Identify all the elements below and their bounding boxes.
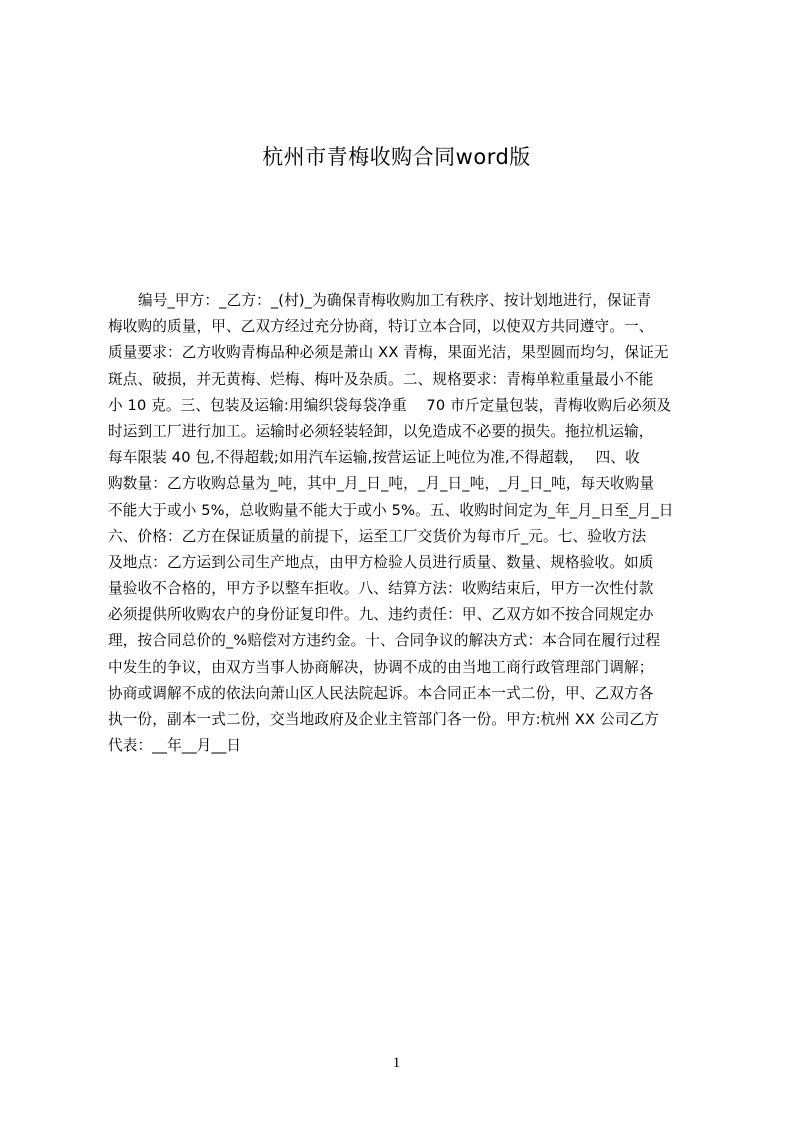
body-line: 质量要求：乙方收购青梅品种必须是萧山 XX 青梅，果面光洁，果型圆而均匀，保证无 <box>108 340 698 366</box>
body-line: 中发生的争议，由双方当事人协商解决，协调不成的由当地工商行政管理部门调解； <box>108 655 698 681</box>
body-line: 梅收购的质量，甲、乙双方经过充分协商，特订立本合同，以使双方共同遵守。一、 <box>108 314 698 340</box>
body-line: 斑点、破损，并无黄梅、烂梅、梅叶及杂质。二、规格要求：青梅单粒重量最小不能 <box>108 367 698 393</box>
body-line: 代表：__年__月__日 <box>108 733 698 759</box>
body-line: 编号_甲方：_乙方：_(村)_为确保青梅收购加工有秩序、按计划地进行，保证青 <box>108 288 698 314</box>
page-number: 1 <box>0 1053 793 1073</box>
body-line: 量验收不合格的，甲方予以整车拒收。八、结算方法：收购结束后，甲方一次性付款 <box>108 576 698 602</box>
body-line: 协商或调解不成的依法向萧山区人民法院起诉。本合同正本一式二份，甲、乙双方各 <box>108 681 698 707</box>
body-line: 不能大于或小 5%，总收购量不能大于或小 5%。五、收购时间定为_年_月_日至_… <box>108 498 698 524</box>
contract-body: 编号_甲方：_乙方：_(村)_为确保青梅收购加工有秩序、按计划地进行，保证青 梅… <box>108 288 698 759</box>
body-line: 必须提供所收购农户的身份证复印件。九、违约责任：甲、乙双方如不按合同规定办 <box>108 602 698 628</box>
body-line: 理，按合同总价的_%赔偿对方违约金。十、合同争议的解决方式：本合同在履行过程 <box>108 628 698 654</box>
body-line: 购数量：乙方收购总量为_吨，其中_月_日_吨，_月_日_吨，_月_日_吨，每天收… <box>108 471 698 497</box>
body-line: 小 10 克。三、包装及运输:用编织袋每袋净重 70 市斤定量包装，青梅收购后必… <box>108 393 698 419</box>
document-title: 杭州市青梅收购合同word版 <box>0 140 793 174</box>
body-line: 及地点：乙方运到公司生产地点，由甲方检验人员进行质量、数量、规格验收。如质 <box>108 550 698 576</box>
body-line: 每车限装 40 包,不得超载;如用汽车运输,按营运证上吨位为准,不得超载， 四、… <box>108 445 698 471</box>
document-page: 杭州市青梅收购合同word版 编号_甲方：_乙方：_(村)_为确保青梅收购加工有… <box>0 0 793 1122</box>
body-line: 执一份，副本一式二份，交当地政府及企业主管部门各一份。甲方:杭州 XX 公司乙方 <box>108 707 698 733</box>
body-line: 六、价格：乙方在保证质量的前提下，运至工厂交货价为每市斤_元。七、验收方法 <box>108 524 698 550</box>
body-line: 时运到工厂进行加工。运输时必须轻装轻卸，以免造成不必要的损失。拖拉机运输， <box>108 419 698 445</box>
